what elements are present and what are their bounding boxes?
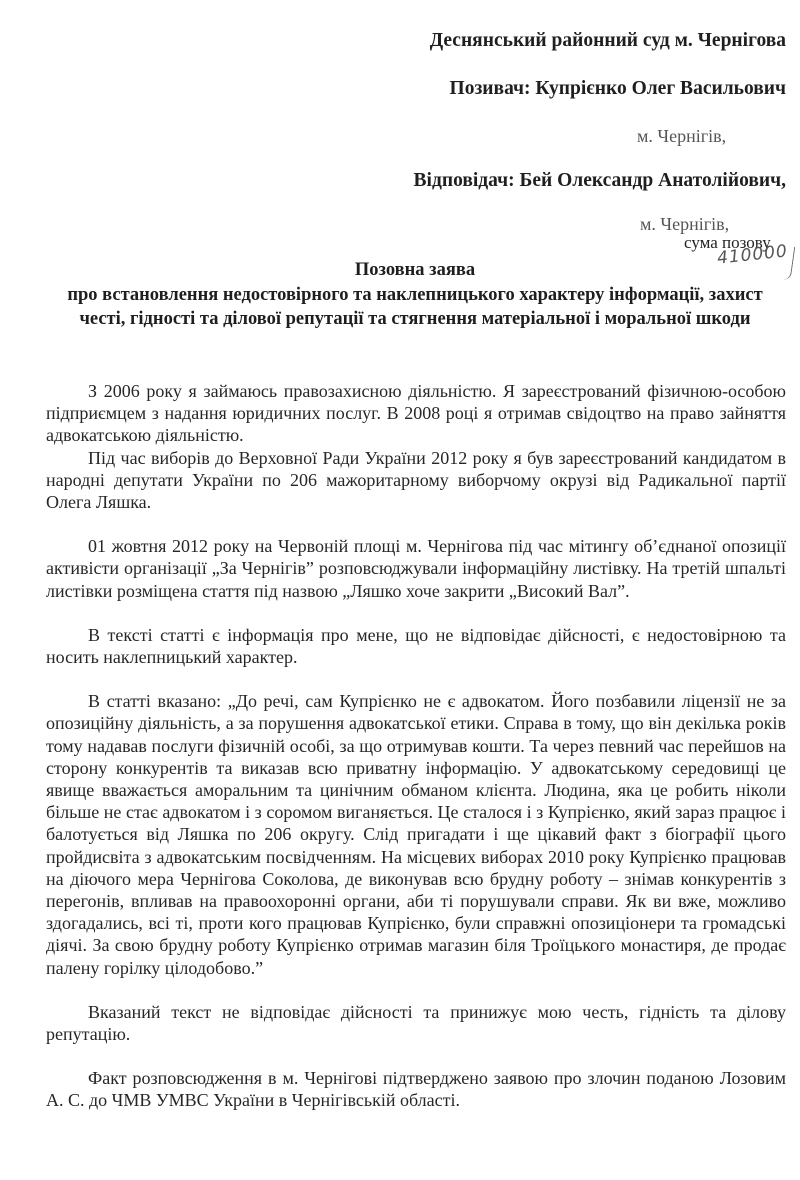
title-main: Позовна заява	[50, 257, 780, 283]
court-name: Деснянський районний суд м. Чернігова	[430, 30, 786, 52]
defendant-line: Відповідач: Бей Олександр Анатолійович,	[414, 170, 786, 192]
paragraph: В статті вказано: „До речі, сам Купрієнк…	[46, 690, 786, 979]
paragraph: Під час виборів до Верховної Ради Україн…	[46, 447, 786, 514]
paragraph: 01 жовтня 2012 року на Червоній площі м.…	[46, 535, 786, 602]
paragraph: В тексті статті є інформація про мене, щ…	[46, 624, 786, 668]
title-subtitle: про встановлення недостовірного та накле…	[50, 283, 780, 331]
document-page: Деснянський районний суд м. Чернігова По…	[0, 0, 800, 1180]
paragraph: З 2006 року я займаюсь правозахисною дія…	[46, 380, 786, 447]
paragraph: Факт розповсюдження в м. Чернігові підтв…	[46, 1067, 786, 1111]
document-body: З 2006 року я займаюсь правозахисною дія…	[46, 380, 786, 1112]
defendant-city: м. Чернігів,	[640, 214, 729, 235]
paragraph: Вказаний текст не відповідає дійсності т…	[46, 1001, 786, 1045]
plaintiff-city: м. Чернігів,	[637, 126, 726, 147]
document-title: Позовна заява про встановлення недостові…	[50, 257, 780, 331]
plaintiff-line: Позивач: Купрієнко Олег Васильович	[450, 78, 786, 100]
